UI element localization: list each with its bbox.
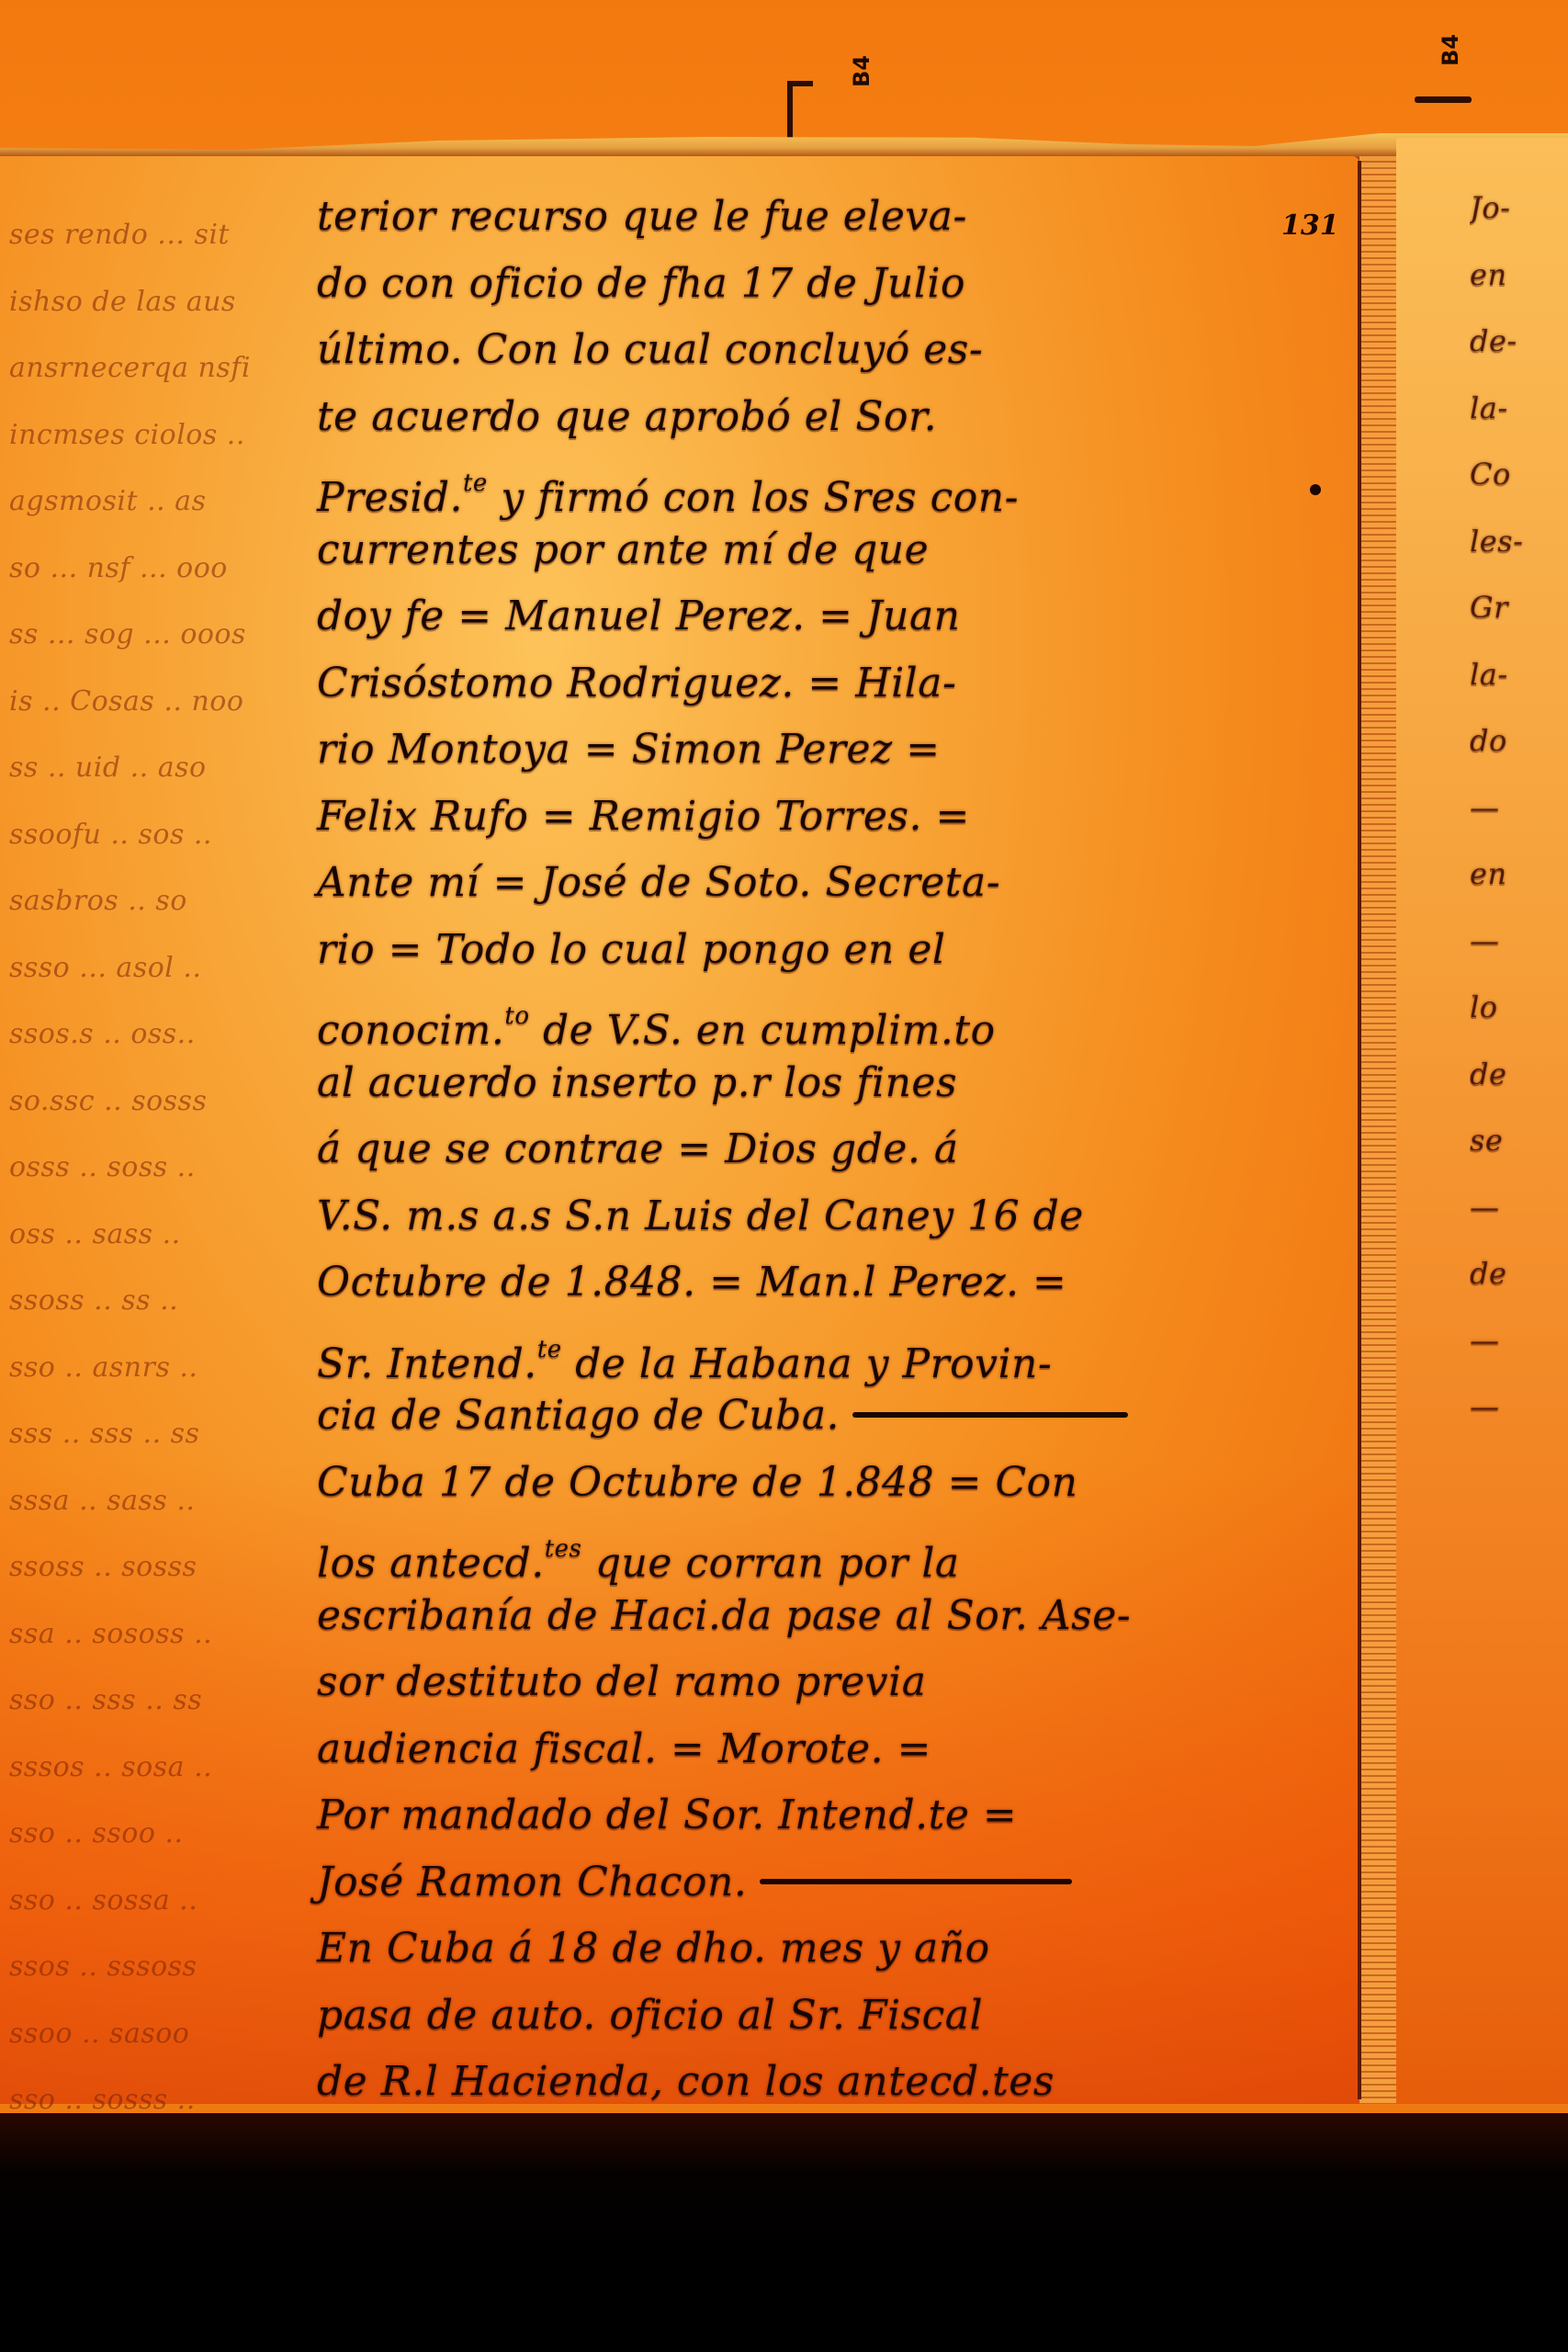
facing-line: — bbox=[1470, 775, 1568, 842]
bleed-line: ss ... sog ... ooos bbox=[9, 602, 312, 669]
manuscript-line: Felix Rufo = Remigio Torres. = bbox=[317, 784, 1291, 851]
bleed-line: agsmosit .. as bbox=[9, 469, 312, 536]
facing-line: de bbox=[1470, 1240, 1568, 1307]
bleed-through-text: ses rendo ... sit ishso de las aus ansrn… bbox=[9, 202, 312, 2134]
closing-rule bbox=[760, 1879, 1072, 1884]
crop-mark-bracket bbox=[787, 81, 813, 140]
facing-line: — bbox=[1470, 1307, 1568, 1374]
facing-line: — bbox=[1470, 1174, 1568, 1241]
manuscript-line: audiencia fiscal. = Morote. = bbox=[317, 1716, 1291, 1783]
facing-line: de- bbox=[1470, 308, 1568, 375]
bleed-line: osss .. soss .. bbox=[9, 1135, 312, 1202]
facing-line: do bbox=[1470, 707, 1568, 775]
manuscript-line: conocim.to de V.S. en cumplim.to bbox=[317, 983, 1291, 1050]
facing-line: les- bbox=[1470, 508, 1568, 575]
facing-line: Jo- bbox=[1470, 175, 1568, 242]
closing-rule bbox=[852, 1412, 1128, 1418]
facing-page-text: Jo- en de- la- Co les- Gr la- do — en — … bbox=[1470, 175, 1568, 1441]
manuscript-line: Crisóstomo Rodriguez. = Hila- bbox=[317, 650, 1291, 718]
manuscript-line: terior recurso que le fue eleva- bbox=[317, 184, 1291, 251]
bleed-line: oss .. sass .. bbox=[9, 1202, 312, 1269]
facing-line: en bbox=[1470, 841, 1568, 908]
bleed-line: sso .. ssoo .. bbox=[9, 1801, 312, 1868]
archive-marker-label: B4 bbox=[849, 55, 874, 87]
bleed-line: so ... nsf ... ooo bbox=[9, 536, 312, 603]
facing-line: en bbox=[1470, 242, 1568, 309]
manuscript-line: sor destituto del ramo previa bbox=[317, 1649, 1291, 1716]
manuscript-line: doy fe = Manuel Perez. = Juan bbox=[317, 583, 1291, 650]
bleed-line: sssos .. sosa .. bbox=[9, 1735, 312, 1802]
bleed-line: so.ssc .. sosss bbox=[9, 1069, 312, 1136]
bleed-line: ansrnecerqa nsfi bbox=[9, 335, 312, 402]
manuscript-line: cia de Santiago de Cuba. bbox=[317, 1383, 1291, 1450]
manuscript-line: Presid.te y firmó con los Sres con- bbox=[317, 450, 1291, 517]
bleed-line: ssa .. sososs .. bbox=[9, 1601, 312, 1668]
bleed-line: ssso ... asol .. bbox=[9, 935, 312, 1002]
manuscript-line: Octubre de 1.848. = Man.l Perez. = bbox=[317, 1249, 1291, 1317]
bleed-line: sso .. sossa .. bbox=[9, 1868, 312, 1935]
manuscript-line: V.S. m.s a.s S.n Luis del Caney 16 de bbox=[317, 1183, 1291, 1250]
facing-line: se bbox=[1470, 1107, 1568, 1174]
gutter-fold-line bbox=[1358, 161, 1361, 2099]
manuscript-line: currentes por ante mí de que bbox=[317, 517, 1291, 584]
manuscript-line: escribanía de Haci.da pase al Sor. Ase- bbox=[317, 1583, 1291, 1650]
facing-line: la- bbox=[1470, 375, 1568, 442]
manuscript-line: Cuba 17 de Octubre de 1.848 = Con bbox=[317, 1450, 1291, 1517]
manuscript-line: Sr. Intend.te de la Habana y Provin- bbox=[317, 1317, 1291, 1384]
bleed-line: ses rendo ... sit bbox=[9, 202, 312, 269]
manuscript-line: Ante mí = José de Soto. Secreta- bbox=[317, 850, 1291, 917]
bleed-line: ssos .. sssoss bbox=[9, 1934, 312, 2001]
bleed-line: ssos.s .. oss.. bbox=[9, 1001, 312, 1069]
manuscript-line: rio = Todo lo cual pongo en el bbox=[317, 917, 1291, 984]
bleed-line: ssoo .. sasoo bbox=[9, 2001, 312, 2068]
manuscript-line: pasa de auto. oficio al Sr. Fiscal bbox=[317, 1983, 1291, 2050]
manuscript-line: do con oficio de fha 17 de Julio bbox=[317, 251, 1291, 318]
bleed-line: sss .. sss .. ss bbox=[9, 1401, 312, 1468]
facing-line: Co bbox=[1470, 441, 1568, 508]
manuscript-line: En Cuba á 18 de dho. mes y año bbox=[317, 1916, 1291, 1983]
manuscript-line: rio Montoya = Simon Perez = bbox=[317, 717, 1291, 784]
bleed-line: ssoss .. ss .. bbox=[9, 1268, 312, 1335]
manuscript-body: terior recurso que le fue eleva- do con … bbox=[317, 184, 1291, 2116]
facing-line: — bbox=[1470, 908, 1568, 975]
manuscript-line: Por mandado del Sor. Intend.te = bbox=[317, 1782, 1291, 1849]
facing-line: de bbox=[1470, 1041, 1568, 1108]
facing-line: — bbox=[1470, 1374, 1568, 1441]
facing-line: lo bbox=[1470, 974, 1568, 1041]
bleed-line: ss .. uid .. aso bbox=[9, 735, 312, 802]
manuscript-line: de R.l Hacienda, con los antecd.tes bbox=[317, 2049, 1291, 2116]
facing-line: Gr bbox=[1470, 574, 1568, 641]
manuscript-line: los antecd.tes que corran por la bbox=[317, 1516, 1291, 1583]
manuscript-line: último. Con lo cual concluyó es- bbox=[317, 317, 1291, 384]
bleed-line: incmses ciolos .. bbox=[9, 402, 312, 469]
manuscript-line: al acuerdo inserto p.r los fines bbox=[317, 1050, 1291, 1117]
bleed-line: sso .. sss .. ss bbox=[9, 1668, 312, 1735]
facing-line: la- bbox=[1470, 641, 1568, 708]
bleed-line: sssa .. sass .. bbox=[9, 1468, 312, 1535]
manuscript-line: José Ramon Chacon. bbox=[317, 1849, 1291, 1917]
bleed-line: is .. Cosas .. noo bbox=[9, 669, 312, 736]
bleed-line: ssoss .. sosss bbox=[9, 1534, 312, 1601]
archive-marker-label: B4 bbox=[1438, 34, 1463, 66]
ink-blot bbox=[1310, 484, 1321, 495]
bleed-line: ssoofu .. sos .. bbox=[9, 802, 312, 869]
bleed-line: sso .. asnrs .. bbox=[9, 1335, 312, 1402]
manuscript-line: te acuerdo que aprobó el Sor. bbox=[317, 384, 1291, 451]
manuscript-line: á que se contrae = Dios gde. á bbox=[317, 1116, 1291, 1183]
book-gutter bbox=[1359, 156, 1396, 2104]
bleed-line: sasbros .. so bbox=[9, 868, 312, 935]
crop-mark-dash bbox=[1415, 96, 1472, 103]
bottom-shadow bbox=[0, 2113, 1568, 2352]
bleed-line: ishso de las aus bbox=[9, 269, 312, 336]
